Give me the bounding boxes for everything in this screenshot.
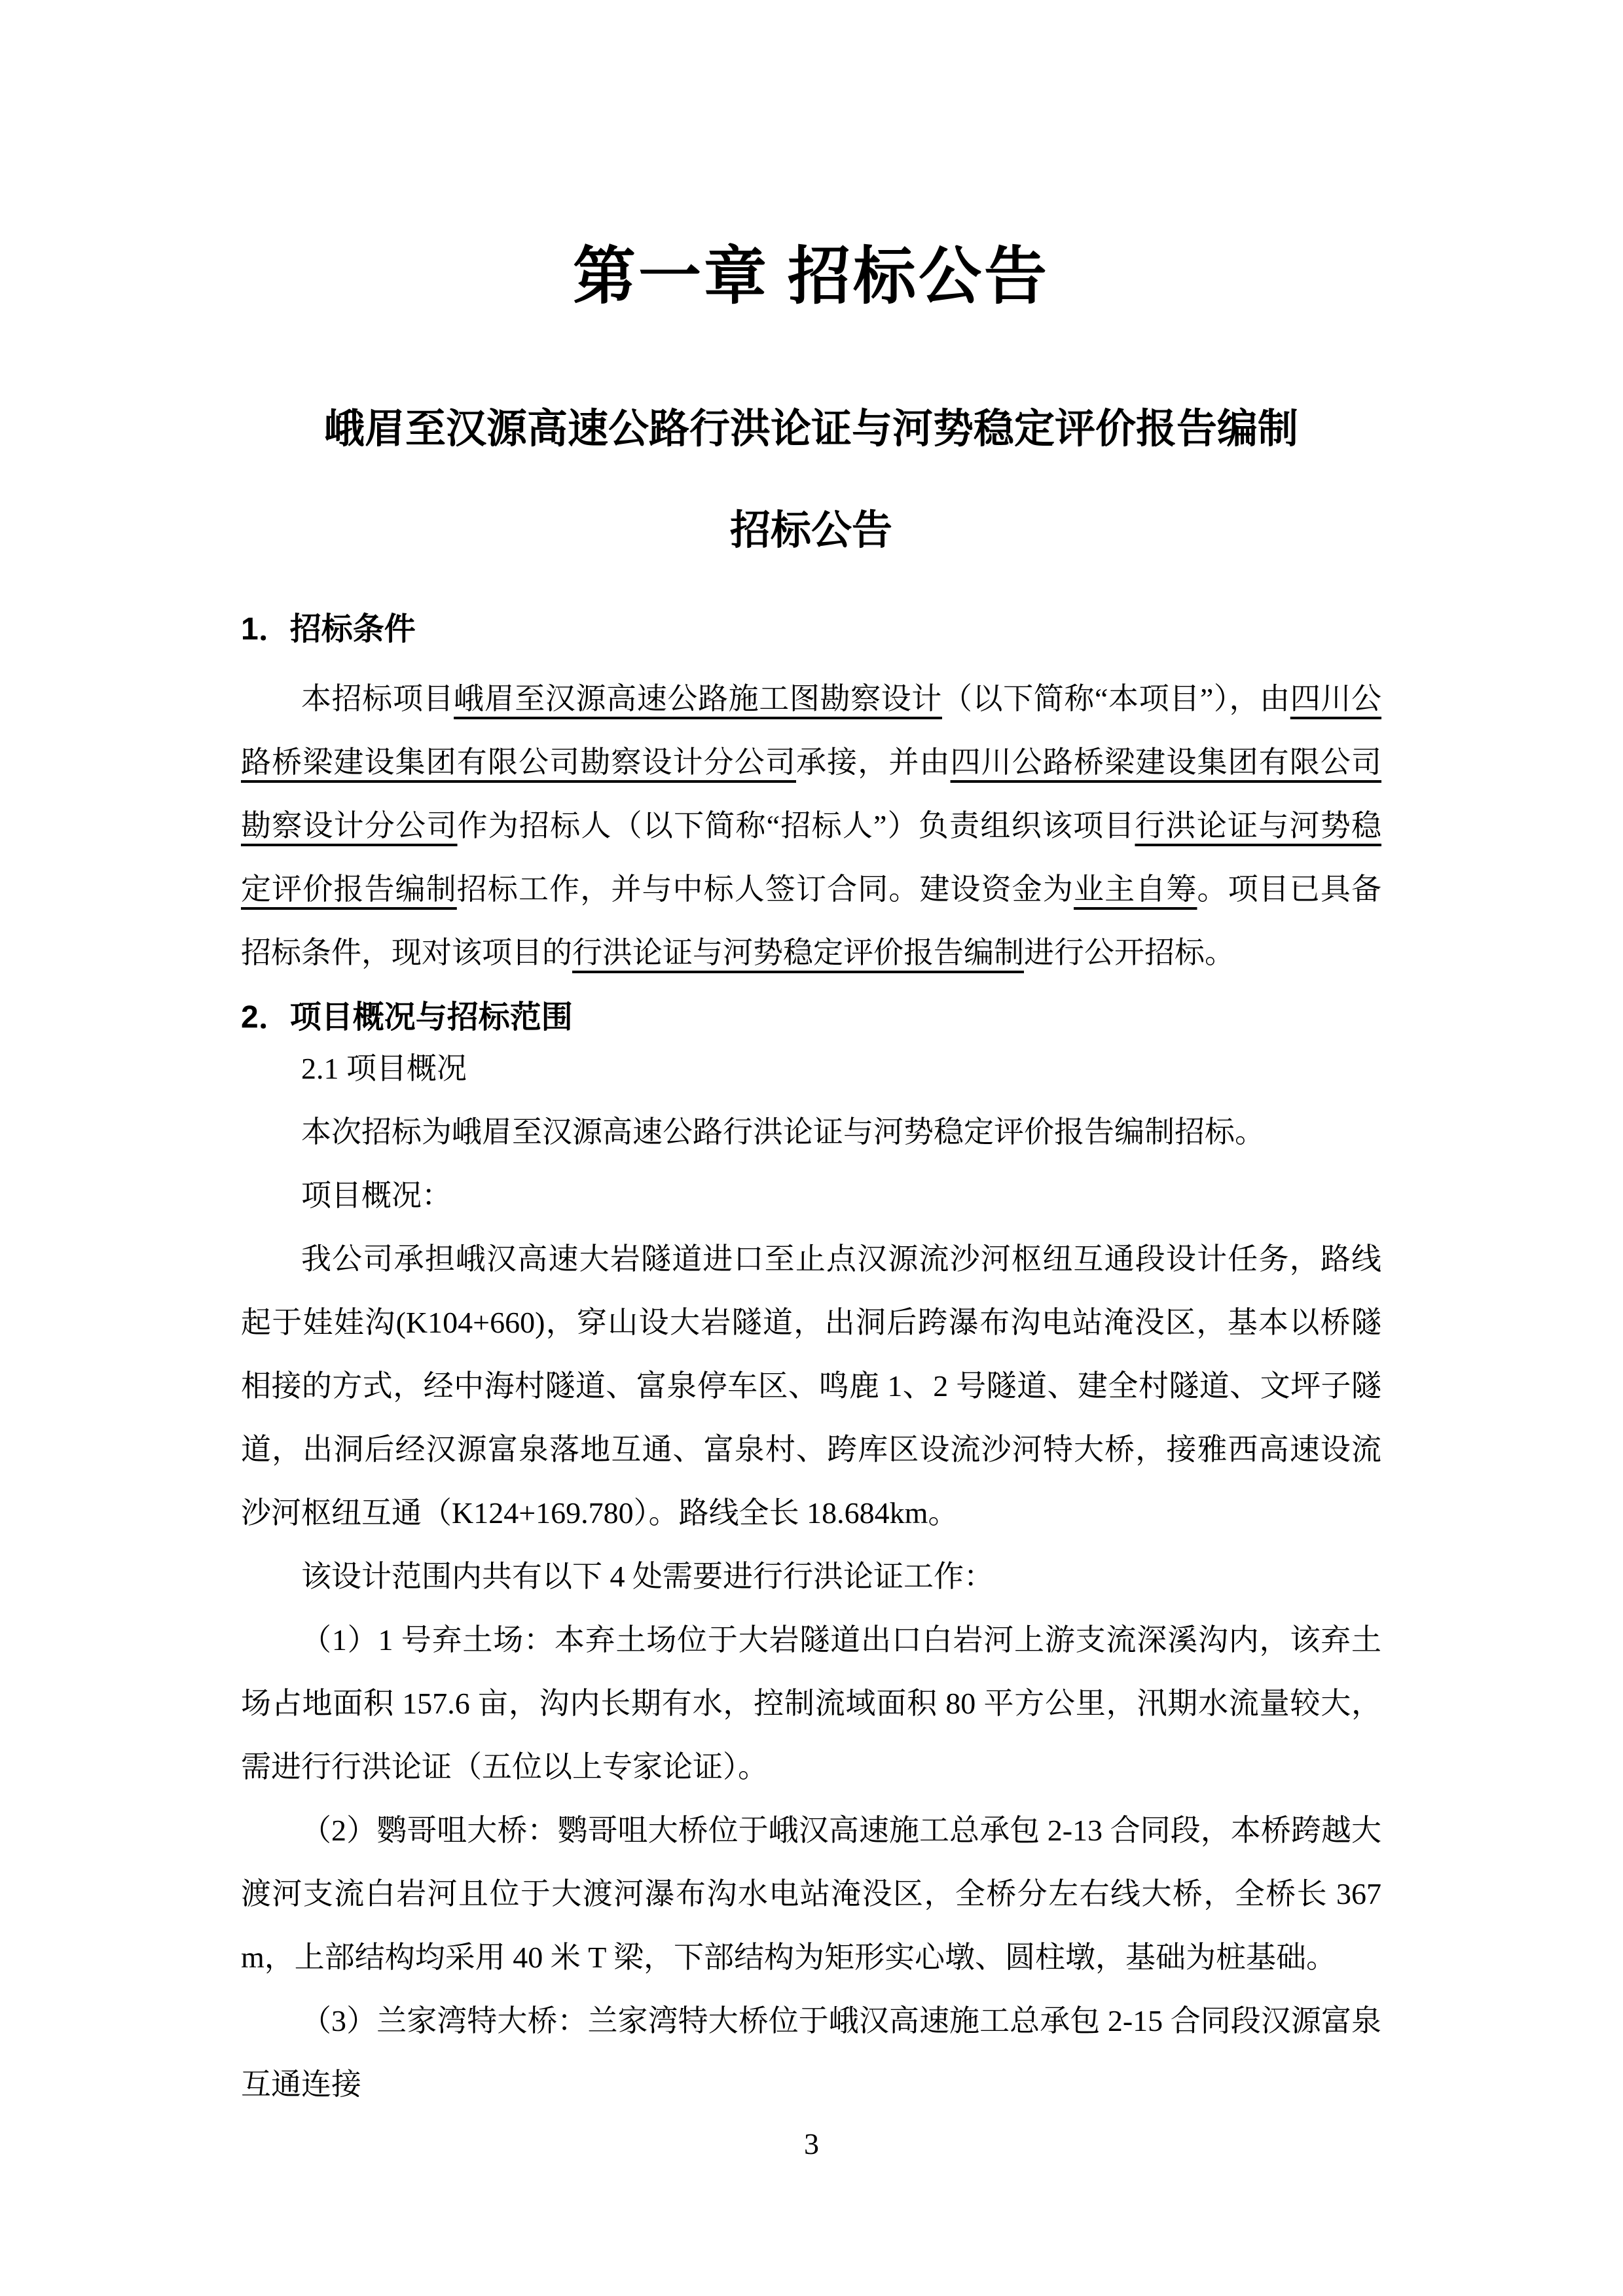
chapter-title: 第一章 招标公告 bbox=[241, 245, 1381, 308]
section-1-heading: 1．招标条件 bbox=[241, 611, 1381, 649]
section-2-heading: 2．项目概况与招标范围 bbox=[241, 999, 1381, 1037]
flood-item-3: （3）兰家湾特大桥：兰家湾特大桥位于峨汉高速施工总承包 2-15 合同段汉源富泉… bbox=[241, 1989, 1381, 2116]
page-number: 3 bbox=[0, 2129, 1623, 2159]
section-1-paragraph: 本招标项目峨眉至汉源高速公路施工图勘察设计（以下简称“本项目”），由四川公路桥梁… bbox=[241, 667, 1381, 984]
section-2-1-subheading: 2.1 项目概况 bbox=[241, 1037, 1381, 1100]
flood-item-1: （1）1 号弃土场：本弃土场位于大岩隧道出口白岩河上游支流深溪沟内，该弃土场占地… bbox=[241, 1608, 1381, 1799]
project-title: 峨眉至汉源高速公路行洪论证与河势稳定评价报告编制 bbox=[241, 405, 1381, 454]
document-page: 第一章 招标公告 峨眉至汉源高速公路行洪论证与河势稳定评价报告编制 招标公告 1… bbox=[0, 0, 1623, 2296]
flood-work-intro: 该设计范围内共有以下 4 处需要进行行洪论证工作： bbox=[241, 1545, 1381, 1608]
flood-item-2: （2）鹦哥咀大桥：鹦哥咀大桥位于峨汉高速施工总承包 2-13 合同段，本桥跨越大… bbox=[241, 1799, 1381, 1989]
project-description: 我公司承担峨汉高速大岩隧道进口至止点汉源流沙河枢纽互通段设计任务，路线起于娃娃沟… bbox=[241, 1227, 1381, 1545]
overview-sentence: 本次招标为峨眉至汉源高速公路行洪论证与河势稳定评价报告编制招标。 bbox=[241, 1100, 1381, 1164]
overview-label: 项目概况： bbox=[241, 1164, 1381, 1227]
announcement-title: 招标公告 bbox=[241, 507, 1381, 555]
